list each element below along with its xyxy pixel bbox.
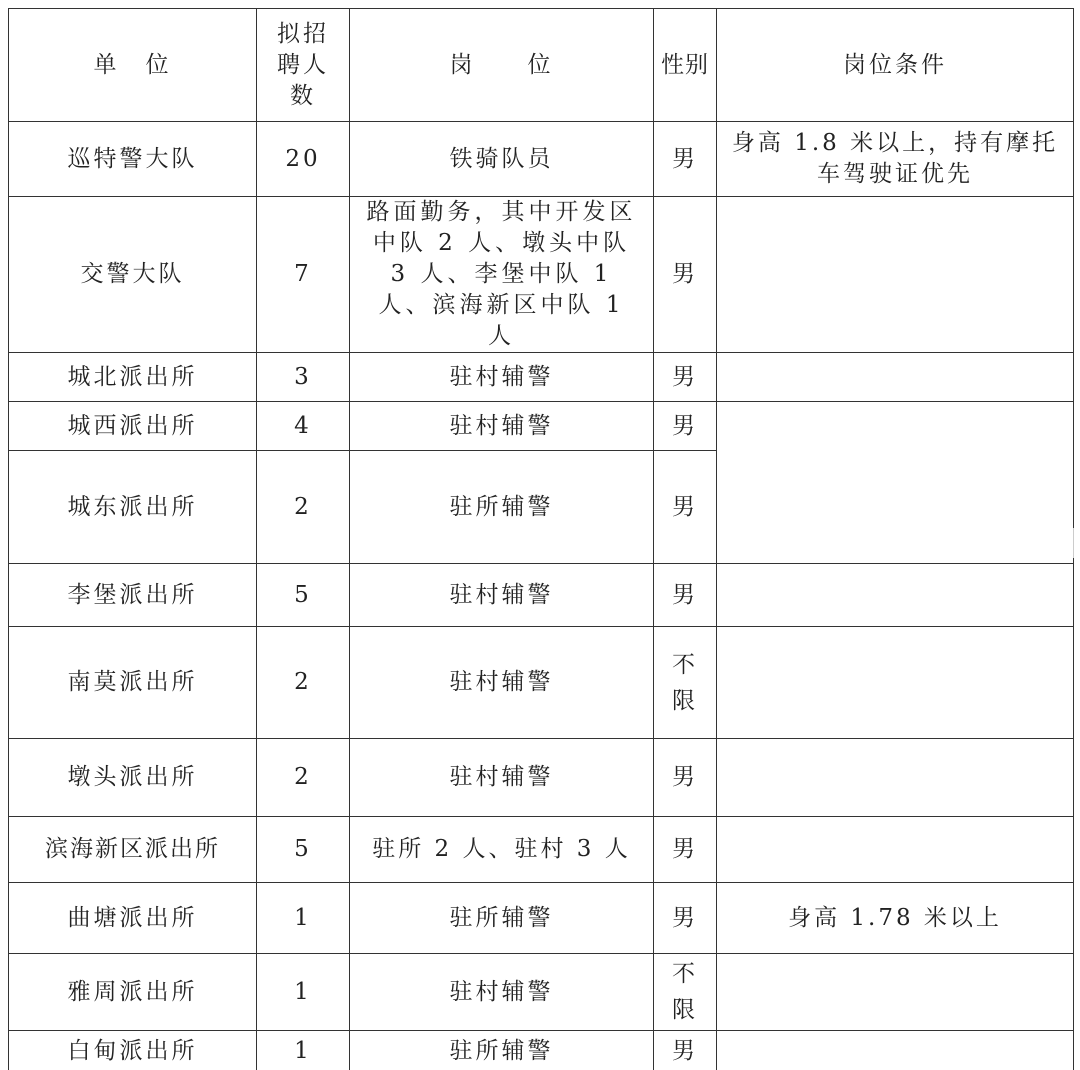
post-cell: 路面勤务，其中开发区中队 2 人、墩头中队 3 人、李堡中队 1 人、滨海新区中… (350, 197, 654, 353)
gender-cell: 男 (654, 739, 717, 817)
table-row: 城北派出所 3 驻村辅警 男 (9, 353, 1074, 402)
count-cell: 20 (257, 122, 350, 197)
count-cell: 1 (257, 1031, 350, 1070)
unit-cell: 滨海新区派出所 (9, 817, 257, 883)
table-row: 白甸派出所 1 驻所辅警 男 (9, 1031, 1074, 1070)
count-cell: 2 (257, 739, 350, 817)
unit-cell: 城西派出所 (9, 402, 257, 451)
count-cell: 2 (257, 451, 350, 564)
table-row: 巡特警大队 20 铁骑队员 男 身高 1.8 米以上，持有摩托车驾驶证优先 (9, 122, 1074, 197)
conditions-cell (717, 627, 1074, 739)
conditions-cell (717, 1031, 1074, 1070)
table-row: 雅周派出所 1 驻村辅警 不限 (9, 954, 1074, 1031)
unit-cell: 李堡派出所 (9, 564, 257, 627)
post-cell: 驻村辅警 (350, 564, 654, 627)
count-cell: 1 (257, 883, 350, 954)
gender-cell: 男 (654, 1031, 717, 1070)
post-cell: 驻所辅警 (350, 451, 654, 564)
gender-cell: 男 (654, 817, 717, 883)
conditions-cell (717, 402, 1074, 564)
unit-cell: 交警大队 (9, 197, 257, 353)
header-count: 拟招聘人数 (257, 9, 350, 122)
post-cell: 驻村辅警 (350, 954, 654, 1031)
conditions-cell (717, 353, 1074, 402)
gender-cell: 男 (654, 883, 717, 954)
count-cell: 5 (257, 564, 350, 627)
recruitment-table: 单 位 拟招聘人数 岗 位 性别 岗位条件 巡特警大队 20 铁骑队员 男 身高… (8, 8, 1074, 1070)
table-row: 曲塘派出所 1 驻所辅警 男 身高 1.78 米以上 (9, 883, 1074, 954)
conditions-cell: 身高 1.78 米以上 (717, 883, 1074, 954)
post-cell: 驻所 2 人、驻村 3 人 (350, 817, 654, 883)
conditions-cell (717, 739, 1074, 817)
count-cell: 3 (257, 353, 350, 402)
header-row: 单 位 拟招聘人数 岗 位 性别 岗位条件 (9, 9, 1074, 122)
conditions-cell (717, 954, 1074, 1031)
table-row: 交警大队 7 路面勤务，其中开发区中队 2 人、墩头中队 3 人、李堡中队 1 … (9, 197, 1074, 353)
unit-cell: 南莫派出所 (9, 627, 257, 739)
count-cell: 4 (257, 402, 350, 451)
gender-cell: 男 (654, 402, 717, 451)
gender-cell: 男 (654, 353, 717, 402)
table-row: 李堡派出所 5 驻村辅警 男 (9, 564, 1074, 627)
table-row: 墩头派出所 2 驻村辅警 男 (9, 739, 1074, 817)
table-row: 南莫派出所 2 驻村辅警 不限 (9, 627, 1074, 739)
table-row: 城西派出所 4 驻村辅警 男 (9, 402, 1074, 451)
post-cell: 驻所辅警 (350, 883, 654, 954)
header-post: 岗 位 (350, 9, 654, 122)
post-cell: 驻所辅警 (350, 1031, 654, 1070)
unit-cell: 城北派出所 (9, 353, 257, 402)
post-cell: 驻村辅警 (350, 402, 654, 451)
conditions-cell (717, 197, 1074, 353)
unit-cell: 巡特警大队 (9, 122, 257, 197)
gender-cell: 男 (654, 564, 717, 627)
gender-cell: 男 (654, 451, 717, 564)
unit-cell: 城东派出所 (9, 451, 257, 564)
unit-cell: 白甸派出所 (9, 1031, 257, 1070)
post-cell: 驻村辅警 (350, 739, 654, 817)
unit-cell: 墩头派出所 (9, 739, 257, 817)
post-cell: 驻村辅警 (350, 353, 654, 402)
count-cell: 7 (257, 197, 350, 353)
unit-cell: 雅周派出所 (9, 954, 257, 1031)
conditions-cell (717, 817, 1074, 883)
count-cell: 5 (257, 817, 350, 883)
gender-cell: 男 (654, 122, 717, 197)
conditions-cell (717, 564, 1074, 627)
header-gender: 性别 (654, 9, 717, 122)
count-cell: 2 (257, 627, 350, 739)
header-unit: 单 位 (9, 9, 257, 122)
count-cell: 1 (257, 954, 350, 1031)
post-cell: 驻村辅警 (350, 627, 654, 739)
page-edge-marker (1073, 528, 1080, 558)
table-row: 滨海新区派出所 5 驻所 2 人、驻村 3 人 男 (9, 817, 1074, 883)
gender-cell: 男 (654, 197, 717, 353)
unit-cell: 曲塘派出所 (9, 883, 257, 954)
gender-cell: 不限 (654, 627, 717, 739)
post-cell: 铁骑队员 (350, 122, 654, 197)
header-conditions: 岗位条件 (717, 9, 1074, 122)
conditions-cell: 身高 1.8 米以上，持有摩托车驾驶证优先 (717, 122, 1074, 197)
gender-cell: 不限 (654, 954, 717, 1031)
